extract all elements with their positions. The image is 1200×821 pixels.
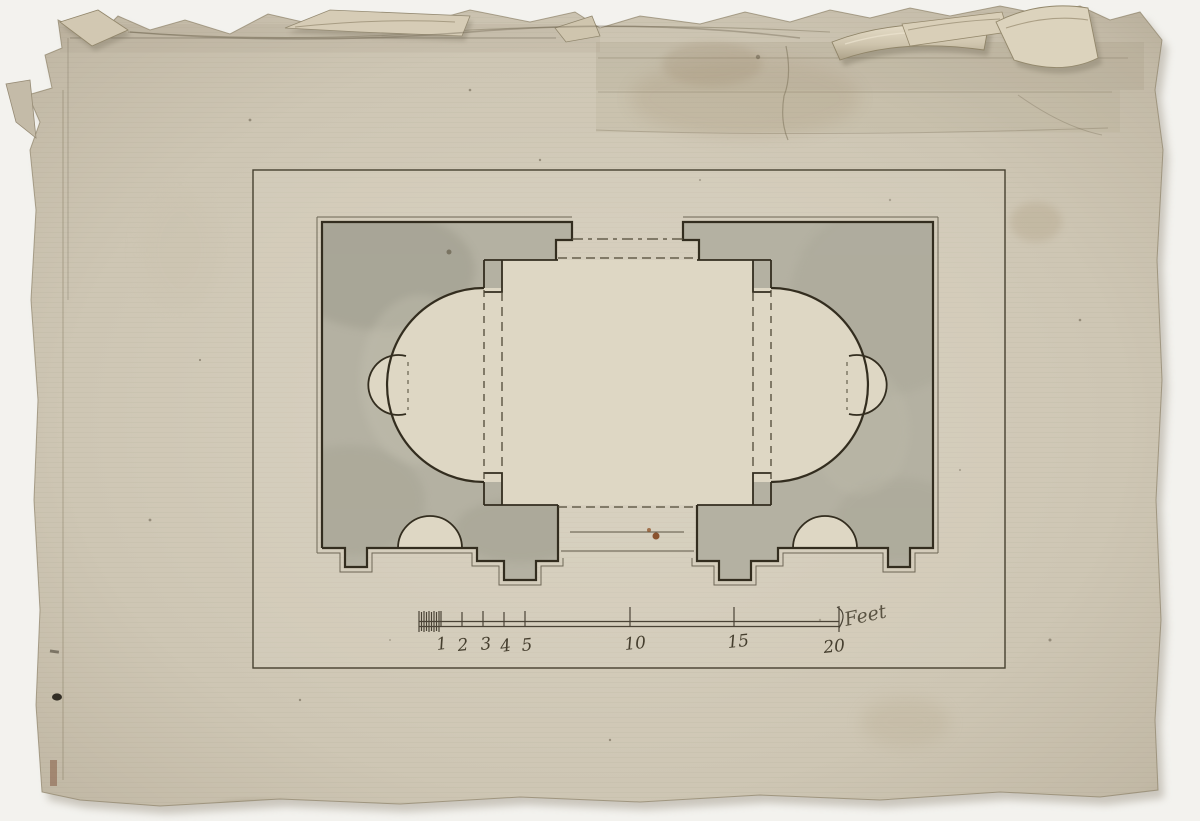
central-hall <box>502 260 753 505</box>
stain <box>662 42 762 86</box>
scale-label-10: 10 <box>623 633 647 655</box>
scale-label-2: 2 <box>456 635 470 656</box>
light-patch <box>140 190 220 310</box>
artwork-photograph: 1 2 3 4 5 10 15 20 Feet <box>0 0 1200 821</box>
ink-blot <box>52 693 62 700</box>
torn-paper-fragment <box>6 80 36 138</box>
rust-spot <box>653 533 660 540</box>
stain <box>860 697 950 747</box>
rust-spot <box>647 528 651 532</box>
scale-label-5: 5 <box>521 635 534 656</box>
drawing-canvas: 1 2 3 4 5 10 15 20 Feet <box>0 0 1200 821</box>
scale-label-20: 20 <box>821 636 846 658</box>
scale-subdivision-ticks <box>419 611 439 632</box>
edge-mark <box>50 760 57 786</box>
stain <box>1010 202 1062 242</box>
scale-label-15: 15 <box>726 631 750 653</box>
scale-label-3: 3 <box>479 634 492 655</box>
